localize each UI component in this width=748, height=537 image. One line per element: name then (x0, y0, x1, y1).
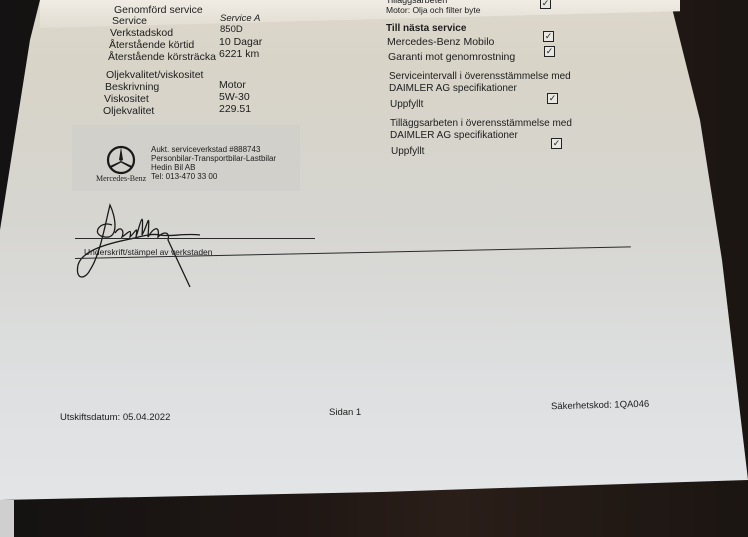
stamp-line1: Aukt. serviceverkstad #888743 (151, 146, 260, 154)
rust-warranty-label: Garanti mot genomrostning (388, 52, 515, 63)
signature-label: Underskrift/stämpel av verkstaden (84, 248, 213, 257)
completed-service-heading: Genomförd service (114, 5, 203, 16)
additional-conformity-line1: Tilläggsarbeten i överensstämmelse med (390, 119, 572, 129)
remaining-distance-label: Återstående körsträcka (108, 52, 216, 63)
oil-description-value: Motor (219, 80, 246, 91)
remaining-distance-value: 6221 km (219, 49, 259, 60)
page-number: Sidan 1 (329, 408, 361, 418)
oil-quality-label: Oljekvalitet (103, 106, 154, 117)
additional-work-checkbox: ✓ (540, 0, 551, 9)
oil-heading: Oljekvalitet/viskositet (106, 70, 203, 81)
service-value: Service A (220, 14, 260, 24)
stamp-line3: Hedin Bil AB (151, 164, 195, 172)
print-date: Utskiftsdatum: 05.04.2022 (60, 413, 170, 423)
remaining-time-value: 10 Dagar (219, 37, 262, 48)
stamp-line4: Tel: 013-470 33 00 (151, 173, 217, 181)
additional-conformity-status: Uppfyllt (391, 147, 424, 157)
signature-line-upper (75, 238, 315, 239)
viscosity-value: 5W-30 (219, 92, 250, 103)
security-code: Säkerhetskod: 1QA046 (551, 400, 649, 412)
service-interval-line2: DAIMLER AG specifikationer (389, 84, 517, 94)
additional-conformity-line2: DAIMLER AG specifikationer (390, 131, 518, 141)
workshop-code-label: Verkstadskod (110, 28, 173, 39)
viscosity-label: Viskositet (104, 94, 149, 105)
service-label: Service (112, 16, 147, 27)
additional-work-item: Motor: Olja och filter byte (386, 6, 480, 15)
service-interval-checkbox: ✓ (547, 93, 558, 104)
oil-description-label: Beskrivning (105, 82, 159, 93)
mobilo-checkbox: ✓ (543, 31, 554, 42)
rust-warranty-checkbox: ✓ (544, 46, 555, 57)
signature (70, 195, 220, 290)
stamp-line2: Personbilar-Transportbilar-Lastbilar (151, 155, 276, 163)
mercedes-star-icon (106, 145, 136, 175)
service-interval-status: Uppfyllt (390, 100, 423, 110)
next-service-heading: Till nästa service (386, 24, 466, 34)
workshop-code-value: 850D (220, 25, 243, 35)
additional-conformity-checkbox: ✓ (551, 138, 562, 149)
mobilo-label: Mercedes-Benz Mobilo (387, 37, 494, 48)
paper-edge (0, 500, 14, 537)
remaining-time-label: Återstående körtid (109, 40, 194, 51)
service-interval-line1: Serviceintervall i överensstämmelse med (389, 72, 571, 82)
oil-quality-value: 229.51 (219, 104, 251, 115)
stamp-brand: Mercedes-Benz (96, 174, 146, 183)
